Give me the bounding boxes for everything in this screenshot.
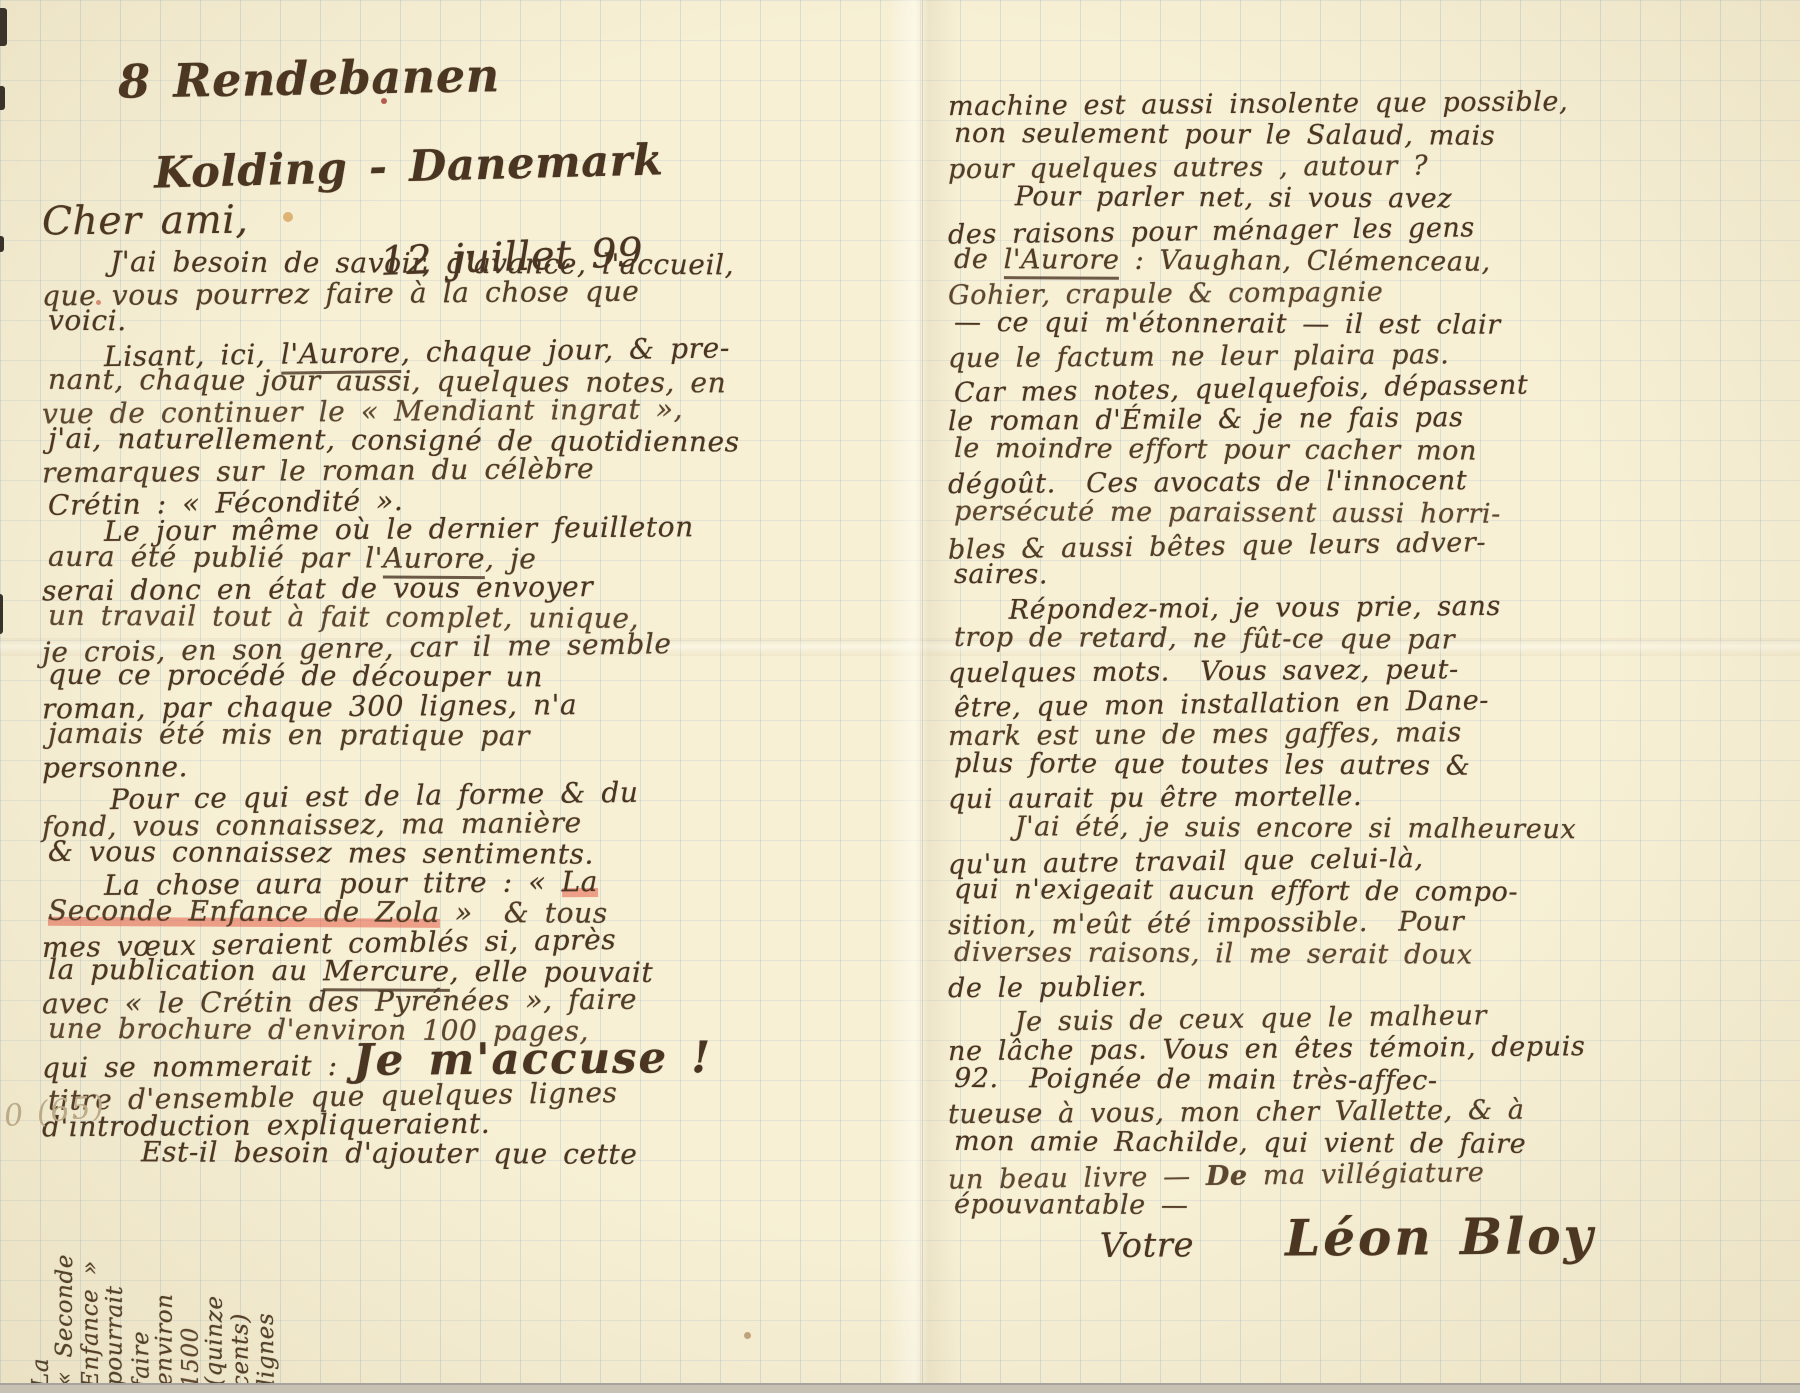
manuscript-segment: : Vaughan, Clémenceau,: [1119, 244, 1490, 277]
manuscript-line: Répondez-moi, je vous prie, sans: [948, 589, 1758, 627]
sender-address-line1: 8 Rendebanen: [118, 45, 664, 109]
manuscript-segment: la publication au: [48, 953, 323, 987]
manuscript-segment: pour quelques autres , autour ?: [948, 150, 1428, 185]
manuscript-segment: Répondez-moi, je vous prie, sans: [948, 591, 1501, 626]
manuscript-segment: 92. Poignée de main très-affec-: [954, 1062, 1438, 1096]
margin-note-line: environ: [152, 1140, 178, 1386]
manuscript-segment: saires.: [954, 558, 1048, 589]
margin-note-line: (quinze: [202, 1140, 228, 1386]
manuscript-line: trop de retard, ne fût-ce que par: [954, 621, 1758, 657]
manuscript-segment: mark est une de mes gaffes, mais: [948, 717, 1462, 752]
manuscript-segment: diverses raisons, il me serait doux: [954, 936, 1473, 970]
manuscript-segment: trop de retard, ne fût-ce que par: [954, 621, 1455, 655]
manuscript-segment: J'ai été, je suis encore si malheureux: [954, 810, 1576, 844]
manuscript-segment: sition, m'eût été impossible. Pour: [948, 906, 1465, 941]
manuscript-segment-vt: Votre: [1100, 1225, 1195, 1265]
manuscript-segment: mon amie Rachilde, qui vient de faire: [954, 1125, 1526, 1159]
manuscript-line: tueuse à vous, mon cher Vallette, & à: [948, 1093, 1758, 1131]
manuscript-segment: cents): [227, 1313, 254, 1388]
manuscript-segment: de: [954, 243, 1004, 274]
manuscript-segment-bold: De: [1206, 1160, 1248, 1192]
manuscript-segment: quelques mots. Vous savez, peut-: [948, 654, 1459, 689]
manuscript-segment: voici.: [48, 304, 127, 337]
manuscript-segment: ma villégiature: [1247, 1157, 1484, 1191]
letter-sheet: 8 Rendebanen Kolding - Danemark 12 juill…: [0, 0, 1800, 1393]
manuscript-segment: Pour parler net, si vous avez: [954, 180, 1452, 214]
scan-bottom-edge: [0, 1383, 1800, 1393]
manuscript-line: qui n'exigeait aucun effort de compo-: [954, 873, 1758, 909]
margin-note-line: pourrait: [102, 1140, 128, 1386]
margin-note-line: « Seconde: [52, 1140, 78, 1386]
manuscript-segment: qui n'exigeait aucun effort de compo-: [954, 873, 1518, 907]
manuscript-segment: pourrait: [101, 1285, 128, 1386]
manuscript-line: Gohier, crapule & compagnie: [948, 274, 1758, 312]
manuscript-segment: ne lâche pas. Vous en êtes témoin, depui…: [948, 1031, 1586, 1067]
manuscript-segment: (quinze: [201, 1295, 227, 1386]
margin-note-line: cents): [227, 1140, 254, 1388]
scan-edge-artifact: [0, 236, 4, 252]
manuscript-line: le moindre effort pour cacher mon: [954, 432, 1758, 468]
manuscript-segment-salut: Cher ami,: [42, 198, 249, 245]
manuscript-segment: environ: [151, 1293, 177, 1386]
manuscript-line: Votre Léon Bloy: [948, 1219, 1758, 1266]
manuscript-line: pour quelques autres , autour ?: [948, 148, 1758, 186]
left-page-text: Cher ami, J'ai besoin de savoir, d'avanc…: [42, 190, 898, 1168]
manuscript-segment: — ce qui m'étonnerait — il est clair: [954, 306, 1501, 340]
manuscript-segment: que ce procédé de découper un: [48, 658, 543, 694]
manuscript-segment: qui aurait pu être mortelle.: [948, 781, 1362, 815]
manuscript-segment: Gohier, crapule & compagnie: [948, 277, 1384, 311]
manuscript-line: de l'Aurore : Vaughan, Clémenceau,: [954, 243, 1758, 279]
manuscript-segment: Enfance »: [77, 1260, 104, 1388]
scan-edge-artifact: [0, 86, 5, 110]
manuscript-line: — ce qui m'étonnerait — il est clair: [954, 306, 1758, 342]
manuscript-line: machine est aussi insolente que possible…: [948, 85, 1758, 123]
manuscript-segment: [948, 1233, 1100, 1265]
manuscript-line: diverses raisons, il me serait doux: [954, 936, 1758, 972]
margin-note-line: Enfance »: [77, 1140, 104, 1388]
manuscript-segment: « Seconde: [51, 1254, 78, 1386]
manuscript-segment-u: l'Aurore: [1004, 244, 1120, 280]
manuscript-segment: [1194, 1232, 1285, 1264]
right-page-text: machine est aussi insolente que possible…: [948, 88, 1758, 1263]
manuscript-segment: plus forte que toutes les autres &: [954, 747, 1471, 781]
manuscript-segment: le moindre effort pour cacher mon: [954, 432, 1477, 466]
paper-stain: [744, 1332, 751, 1339]
margin-note-line: lignes: [251, 1140, 279, 1386]
margin-note-line: La: [27, 1140, 54, 1388]
manuscript-line: sition, m'eût été impossible. Pour: [948, 904, 1758, 942]
manuscript-segment: de le publier.: [948, 972, 1147, 1005]
manuscript-segment: que le factum ne leur plaira pas.: [948, 339, 1450, 374]
manuscript-segment-sig: Léon Bloy: [1285, 1206, 1596, 1267]
manuscript-segment-r: La: [561, 865, 598, 898]
margin-note-vertical: La« SecondeEnfance »pourraitfaireenviron…: [28, 1140, 278, 1388]
manuscript-line: saires.: [954, 558, 1758, 594]
manuscript-line: 92. Poignée de main très-affec-: [954, 1062, 1758, 1098]
manuscript-segment: lignes: [253, 1313, 280, 1387]
manuscript-line: ne lâche pas. Vous en êtes témoin, depui…: [948, 1030, 1758, 1068]
manuscript-segment: , chaque jour, & pre-: [401, 332, 731, 370]
manuscript-segment: le roman d'Émile & je ne fais pas: [948, 402, 1464, 437]
manuscript-segment: épouvantable —: [954, 1188, 1189, 1220]
manuscript-line: plus forte que toutes les autres &: [954, 747, 1758, 783]
manuscript-line: qui aurait pu être mortelle.: [948, 778, 1758, 816]
manuscript-segment-r: Seconde Enfance de Zola: [48, 894, 440, 929]
manuscript-segment: tueuse à vous, mon cher Vallette, & à: [948, 1095, 1525, 1131]
manuscript-line: Cher ami,: [42, 187, 898, 253]
manuscript-segment: 1500: [177, 1327, 203, 1388]
margin-note-line: 1500: [177, 1140, 204, 1388]
manuscript-segment: dégoût. Ces avocats de l'innocent: [948, 465, 1468, 500]
manuscript-segment: jamais été mis en pratique par: [48, 717, 530, 753]
manuscript-segment: personne.: [42, 751, 188, 785]
scan-edge-artifact: [0, 594, 3, 634]
manuscript-line: non seulement pour le Salaud, mais: [954, 117, 1758, 153]
margin-note-line: faire: [126, 1140, 154, 1388]
manuscript-segment: aura été publié par l': [48, 540, 383, 575]
scan-edge-artifact: [0, 8, 7, 46]
manuscript-segment: persécuté me paraissent aussi horri-: [954, 495, 1501, 529]
manuscript-line: dégoût. Ces avocats de l'innocent: [948, 463, 1758, 501]
manuscript-segment: non seulement pour le Salaud, mais: [954, 117, 1495, 151]
manuscript-segment: machine est aussi insolente que possible…: [948, 86, 1568, 122]
manuscript-line: le roman d'Émile & je ne fais pas: [948, 400, 1758, 438]
manuscript-line: mark est une de mes gaffes, mais: [948, 715, 1758, 753]
